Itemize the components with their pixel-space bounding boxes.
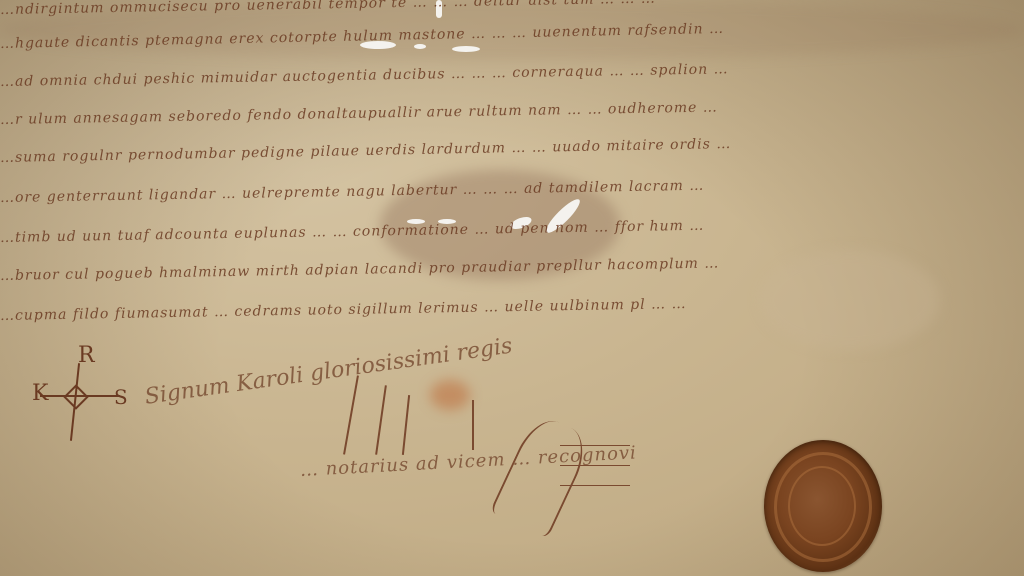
monogram-letter-k: K [32,381,48,406]
script-line: …bruor cul pogueb hmalminaw mirth adpian… [0,255,719,284]
recognition-sign [490,420,630,550]
stain [760,250,940,350]
parchment-hole [452,46,480,52]
karolus-monogram: K R S [30,345,130,445]
wax-seal [764,440,882,572]
monogram-letter-r: R [78,343,95,368]
parchment-charter: …ndirgintum ommucisecu pro uenerabil tem… [0,0,1024,576]
parchment-hole [414,44,426,49]
script-line: …r ulum annesagam seboredo fendo donalta… [0,99,718,128]
script-line: …suma rogulnr pernodumbar pedigne pilaue… [0,136,731,166]
script-line: …cupma fildo fiumasumat … cedrams uoto s… [0,296,687,324]
script-line: …ad omnia chdui peshic mimuidar auctogen… [0,61,729,90]
monogram-letter-s: S [114,385,128,409]
